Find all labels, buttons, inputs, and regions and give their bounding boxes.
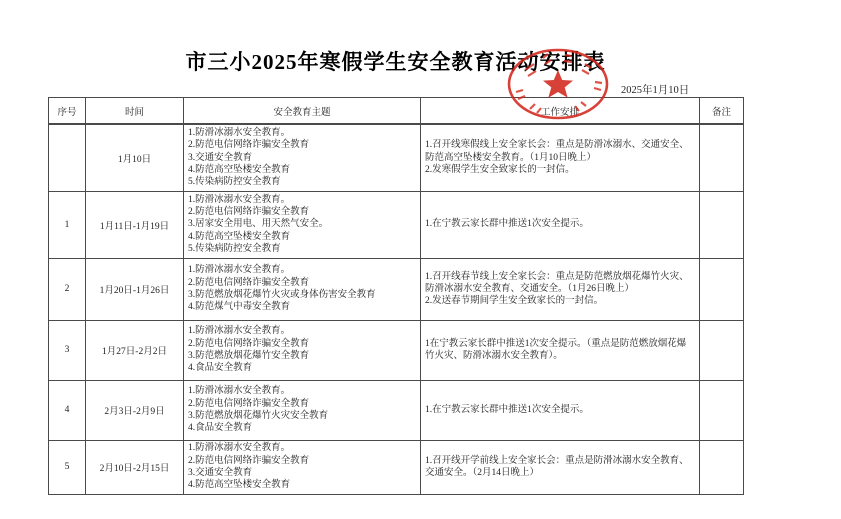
table-row: 52月10日-2月15日1.防滑冰溺水安全教育。 2.防范电信网络诈骗安全教育 … — [49, 440, 744, 494]
cell-note — [700, 320, 744, 380]
cell-time-range: 1月20日-1月26日 — [86, 258, 184, 320]
cell-serial-number — [49, 124, 86, 191]
cell-time-range: 1月27日-2月2日 — [86, 320, 184, 380]
cell-note — [700, 258, 744, 320]
cell-safety-topics: 1.防滑冰溺水安全教育。 2.防范电信网络诈骗安全教育 3.防范燃放烟花爆竹火灾… — [184, 380, 421, 440]
cell-serial-number: 4 — [49, 380, 86, 440]
cell-time-range: 1月10日 — [86, 124, 184, 191]
column-header-topics: 安全教育主题 — [184, 98, 421, 125]
cell-serial-number: 3 — [49, 320, 86, 380]
table-row: 1月10日1.防滑冰溺水安全教育。 2.防范电信网络诈骗安全教育 3.交通安全教… — [49, 124, 744, 191]
table-row: 42月3日-2月9日1.防滑冰溺水安全教育。 2.防范电信网络诈骗安全教育 3.… — [49, 380, 744, 440]
cell-time-range: 2月3日-2月9日 — [86, 380, 184, 440]
cell-serial-number: 1 — [49, 191, 86, 258]
date-label: 2025年1月10日 — [621, 82, 689, 97]
cell-note — [700, 440, 744, 494]
column-header-no: 序号 — [49, 98, 86, 125]
table-row: 21月20日-1月26日1.防滑冰溺水安全教育。 2.防范电信网络诈骗安全教育 … — [49, 258, 744, 320]
cell-serial-number: 5 — [49, 440, 86, 494]
table-row: 11月11日-1月19日1.防滑冰溺水安全教育。 2.防范电信网络诈骗安全教育 … — [49, 191, 744, 258]
column-header-note: 备注 — [700, 98, 744, 125]
cell-time-range: 1月11日-1月19日 — [86, 191, 184, 258]
cell-work-tasks: 1.召开线春节线上安全家长会：重点是防范燃放烟花爆竹火灾、防滑冰溺水安全教育、交… — [421, 258, 700, 320]
cell-work-tasks: 1.在宁教云家长群中推送1次安全提示。 — [421, 380, 700, 440]
cell-safety-topics: 1.防滑冰溺水安全教育。 2.防范电信网络诈骗安全教育 3.交通安全教育 4.防… — [184, 440, 421, 494]
column-header-tasks: 工作安排 — [421, 98, 700, 125]
table-row: 31月27日-2月2日1.防滑冰溺水安全教育。 2.防范电信网络诈骗安全教育 3… — [49, 320, 744, 380]
schedule-table: 序号时间安全教育主题工作安排备注 1月10日1.防滑冰溺水安全教育。 2.防范电… — [48, 97, 744, 495]
column-header-time: 时间 — [86, 98, 184, 125]
cell-work-tasks: 1.在宁教云家长群中推送1次安全提示。 — [421, 191, 700, 258]
page-title: 市三小2025年寒假学生安全教育活动安排表 — [48, 46, 743, 76]
cell-serial-number: 2 — [49, 258, 86, 320]
cell-note — [700, 124, 744, 191]
cell-safety-topics: 1.防滑冰溺水安全教育。 2.防范电信网络诈骗安全教育 3.交通安全教育 4.防… — [184, 124, 421, 191]
cell-safety-topics: 1.防滑冰溺水安全教育。 2.防范电信网络诈骗安全教育 3.防范燃放烟花爆竹火灾… — [184, 258, 421, 320]
table-header-row: 序号时间安全教育主题工作安排备注 — [49, 98, 744, 125]
cell-note — [700, 380, 744, 440]
cell-work-tasks: 1.召开线寒假线上安全家长会：重点是防滑冰溺水、交通安全、防范高空坠楼安全教育。… — [421, 124, 700, 191]
cell-time-range: 2月10日-2月15日 — [86, 440, 184, 494]
cell-note — [700, 191, 744, 258]
cell-safety-topics: 1.防滑冰溺水安全教育。 2.防范电信网络诈骗安全教育 3.居家安全用电、用天然… — [184, 191, 421, 258]
cell-work-tasks: 1.召开线开学前线上安全家长会：重点是防滑冰溺水安全教育、交通安全。（2月14日… — [421, 440, 700, 494]
cell-work-tasks: 1在宁教云家长群中推送1次安全提示。（重点是防范燃放烟花爆竹火灾、防滑冰溺水安全… — [421, 320, 700, 380]
cell-safety-topics: 1.防滑冰溺水安全教育。 2.防范电信网络诈骗安全教育 3.防范燃放烟花爆竹安全… — [184, 320, 421, 380]
